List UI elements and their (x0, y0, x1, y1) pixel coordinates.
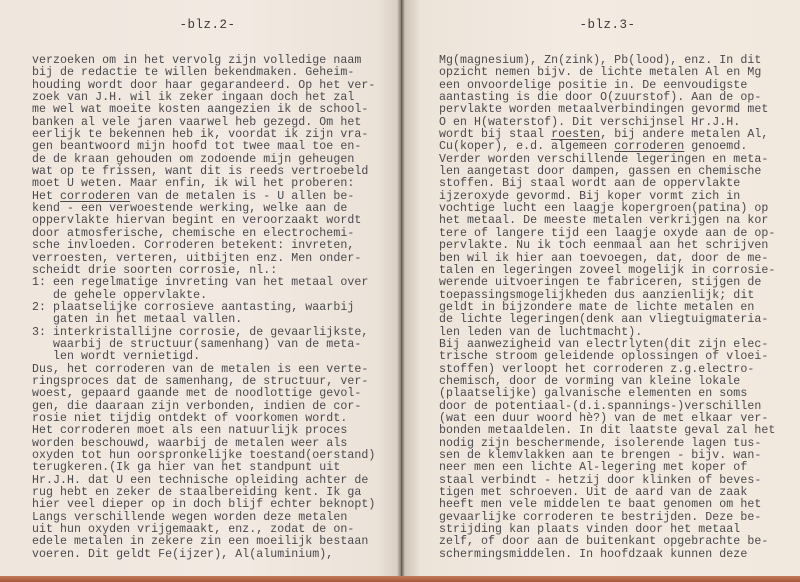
text-line: me wel wat moeite kosten aangezien ik de… (32, 104, 375, 116)
text-line: heeft men vele middelen te baat genomen … (439, 499, 775, 511)
text-line: opzicht nemen bijv. de lichte metalen Al… (439, 67, 775, 79)
underlined-term: corroderen (614, 140, 684, 153)
text-line: (plaatselijke) galvanische elementen en … (439, 388, 775, 400)
page-left: -blz.2- verzoeken om in het vervolg zijn… (0, 0, 401, 576)
cover-edge (0, 576, 800, 582)
text-line: ben wil ik hier aan toevoegen, dat, door… (439, 253, 775, 265)
text-line: edele metalen in zekere zin een moeilijk… (32, 536, 375, 548)
underlined-term: roesten (551, 128, 600, 141)
text-line: gaten in het metaal vallen. (32, 314, 375, 326)
text-line: bonden metaaldelen. In dit laatste geval… (439, 425, 775, 437)
text-line: bij de redactie te willen bekendmaken. G… (32, 67, 375, 79)
page-right: -blz.3- Mg(magnesium), Zn(zink), Pb(lood… (401, 0, 800, 576)
text-line: zelf, of door aan de buitenkant opgebrac… (439, 536, 775, 548)
text-line: sche invloeden. Corroderen betekent: inv… (32, 240, 375, 252)
text-line: schermingsmiddelen. In hoofdzaak kunnen … (439, 549, 775, 561)
booklet-spread: -blz.2- verzoeken om in het vervolg zijn… (0, 0, 800, 576)
underlined-term: corroderen (60, 190, 130, 203)
text-line: verroesten, verteren, uitbijten enz. Men… (32, 253, 375, 265)
text-line: len wordt vernietigd. (32, 351, 375, 363)
text-line: Cu(koper), e.d. algemeen corroderen geno… (439, 141, 775, 153)
text-line: pervlakte worden metaalverbindingen gevo… (439, 104, 775, 116)
page-number-right: -blz.3- (401, 18, 800, 32)
text-line: hier veel dieper op in doch blijf echter… (32, 499, 375, 511)
text-line: de lichte legeringen(denk aan vliegtuigm… (439, 314, 775, 326)
text-line: het metaal. De meeste metalen verkrijgen… (439, 215, 775, 227)
page-left-body-text: verzoeken om in het vervolg zijn volledi… (32, 55, 375, 561)
text-line: 1: een regelmatige invreting van het met… (32, 277, 375, 289)
text-line: terugkeren.(Ik ga hier van het standpunt… (32, 462, 375, 474)
text-line: pervlakte. Nu ik toch eenmaal aan het sc… (439, 240, 775, 252)
text-line: werende uitvoeringen te fabriceren, stij… (439, 277, 775, 289)
text-line: trische stroom geleidende oplossingen of… (439, 351, 775, 363)
text-line: gen beantwoord mijn hoofd tot twee maal … (32, 141, 375, 153)
text-line: oppervlakte hiervan begint en veroorzaak… (32, 215, 375, 227)
text-line: woest, gepaard gaande met de noodlottige… (32, 388, 375, 400)
page-number-left: -blz.2- (0, 18, 401, 32)
text-line: stoffen. Bij staal wordt aan de oppervla… (439, 178, 775, 190)
text-line: voeren. Dit geldt Fe(ijzer), Al(aluminiu… (32, 549, 375, 561)
text-line: neer men een lichte Al-legering met kope… (439, 462, 775, 474)
page-right-body-text: Mg(magnesium), Zn(zink), Pb(lood), enz. … (439, 55, 775, 561)
text-line: Het corroderen moet als een natuurlijk p… (32, 425, 375, 437)
